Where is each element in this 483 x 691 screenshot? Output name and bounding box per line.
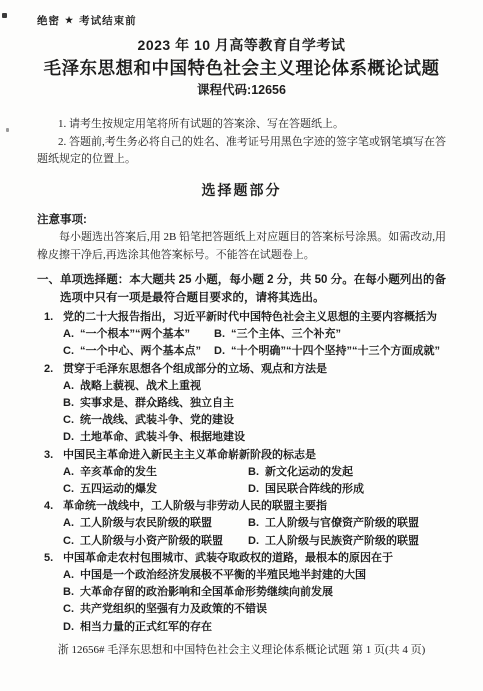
options: A.“一个根本”“两个基本” B.“三个主体、三个补充” C.“一个中心、两个基… [63, 326, 446, 360]
option-text: 五四运动的爆发 [80, 483, 157, 495]
question-number: 4. [44, 498, 53, 515]
options: A.中国是一个政治经济发展极不平衡的半殖民地半封建的大国 B.大革命存留的政治影… [63, 567, 446, 636]
course-code: 课程代码:12656 [37, 81, 446, 99]
option-text: 实事求是、群众路线、独立自主 [80, 397, 234, 409]
option-b: B.大革命存留的政治影响和全国革命形势继续向前发展 [63, 584, 446, 601]
exam-timing-label: 考试结束前 [79, 13, 137, 28]
exam-session-title: 2023 年 10 月高等教育自学考试 [37, 35, 446, 55]
notes-label: 注意事项: [37, 212, 446, 230]
classification-label: 绝密 [37, 13, 60, 28]
question-3: 3. 中国民主革命进入新民主主义革命崭新阶段的标志是 A.辛亥革命的发生 B.新… [37, 447, 446, 499]
security-classification-line: 绝密 ★ 考试结束前 [37, 13, 446, 28]
option-label: B. [248, 517, 259, 529]
scan-speck [6, 128, 9, 132]
option-c: C.统一战线、武装斗争、党的建设 [63, 412, 446, 429]
question-1: 1. 党的二十大报告指出，习近平新时代中国特色社会主义思想的主要内容概括为 A.… [37, 309, 446, 361]
instruction-item-1: 1. 请考生按规定用笔将所有试题的答案涂、写在答题纸上。 [37, 116, 446, 134]
option-label: B. [248, 466, 259, 478]
option-b: B.新文化运动的发起 [248, 464, 446, 481]
answer-notes: 注意事项: 每小题选出答案后,用 2B 铅笔把答题纸上对应题目的答案标号涂黑。如… [37, 212, 446, 265]
option-label: C. [63, 535, 74, 547]
option-label: D. [248, 483, 259, 495]
notes-body: 每小题选出答案后,用 2B 铅笔把答题纸上对应题目的答案标号涂黑。如需改动,用橡… [37, 229, 446, 264]
section-title: 选择题部分 [37, 181, 446, 200]
option-d: D.“十个明确”“十四个坚持”“十三个方面成就” [214, 343, 446, 360]
option-label: B. [63, 397, 74, 409]
page-footer: 浙 12656# 毛泽东思想和中国特色社会主义理论体系概论试题 第 1 页(共 … [37, 642, 446, 658]
candidate-instructions: 1. 请考生按规定用笔将所有试题的答案涂、写在答题纸上。 2. 答题前,考生务必… [37, 116, 446, 169]
option-text: 工人阶级与小资产阶级的联盟 [80, 535, 223, 547]
option-a: A.工人阶级与农民阶级的联盟 [63, 515, 248, 532]
option-text: 工人阶级与官僚资产阶级的联盟 [265, 517, 419, 529]
option-label: A. [63, 328, 74, 340]
option-label: C. [63, 414, 74, 426]
option-text: 共产党组织的坚强有力及政策的不错误 [80, 603, 267, 615]
option-label: A. [63, 517, 74, 529]
instruction-item-2: 2. 答题前,考生务必将自己的姓名、准考证号用黑色字迹的签字笔或钢笔填写在答题纸… [37, 134, 446, 169]
option-text: 相当力量的正式红军的存在 [80, 621, 212, 633]
options: A.工人阶级与农民阶级的联盟 B.工人阶级与官僚资产阶级的联盟 C.工人阶级与小… [63, 515, 446, 549]
option-text: “一个根本”“两个基本” [80, 328, 190, 340]
option-d: D.相当力量的正式红军的存在 [63, 619, 446, 636]
options: A.战略上藐视、战术上重视 B.实事求是、群众路线、独立自主 C.统一战线、武装… [63, 378, 446, 447]
option-c: C.“一个中心、两个基本点” [63, 343, 214, 360]
option-text: 工人阶级与农民阶级的联盟 [80, 517, 212, 529]
option-text: 新文化运动的发起 [265, 466, 353, 478]
option-c: C.共产党组织的坚强有力及政策的不错误 [63, 601, 446, 618]
option-text: 土地革命、武装斗争、根据地建设 [80, 431, 245, 443]
scan-speck [2, 13, 7, 18]
option-d: D.工人阶级与民族资产阶级的联盟 [248, 533, 446, 550]
question-stem: 党的二十大报告指出，习近平新时代中国特色社会主义思想的主要内容概括为 [63, 309, 446, 326]
question-stem: 贯穿于毛泽东思想各个组成部分的立场、观点和方法是 [63, 361, 446, 378]
option-b: B.“三个主体、三个补充” [214, 326, 446, 343]
option-label: B. [214, 328, 225, 340]
option-label: D. [214, 345, 225, 357]
option-text: 辛亥革命的发生 [80, 466, 157, 478]
star-icon: ★ [65, 15, 74, 26]
option-a: A.辛亥革命的发生 [63, 464, 248, 481]
option-text: 战略上藐视、战术上重视 [80, 380, 201, 392]
option-c: C.五四运动的爆发 [63, 481, 248, 498]
option-label: B. [63, 586, 74, 598]
question-stem: 中国民主革命进入新民主主义革命崭新阶段的标志是 [63, 447, 446, 464]
option-d: D.土地革命、武装斗争、根据地建设 [63, 429, 446, 446]
option-text: 统一战线、武装斗争、党的建设 [80, 414, 234, 426]
options: A.辛亥革命的发生 B.新文化运动的发起 C.五四运动的爆发 D.国民联合阵线的… [63, 464, 446, 498]
option-a: A.中国是一个政治经济发展极不平衡的半殖民地半封建的大国 [63, 567, 446, 584]
option-text: 工人阶级与民族资产阶级的联盟 [265, 535, 419, 547]
option-text: “三个主体、三个补充” [231, 328, 341, 340]
exam-paper-page: 绝密 ★ 考试结束前 2023 年 10 月高等教育自学考试 毛泽东思想和中国特… [0, 0, 483, 691]
option-text: “一个中心、两个基本点” [80, 345, 201, 357]
question-number: 1. [44, 309, 53, 326]
option-text: 大革命存留的政治影响和全国革命形势继续向前发展 [80, 586, 333, 598]
question-list: 1. 党的二十大报告指出，习近平新时代中国特色社会主义思想的主要内容概括为 A.… [37, 309, 446, 636]
question-number: 5. [44, 550, 53, 567]
option-label: A. [63, 380, 74, 392]
option-b: B.工人阶级与官僚资产阶级的联盟 [248, 515, 446, 532]
option-b: B.实事求是、群众路线、独立自主 [63, 395, 446, 412]
question-4: 4. 革命统一战线中，工人阶级与非劳动人民的联盟主要指 A.工人阶级与农民阶级的… [37, 498, 446, 550]
question-number: 2. [44, 361, 53, 378]
option-label: D. [63, 621, 74, 633]
option-label: A. [63, 569, 74, 581]
option-label: D. [63, 431, 74, 443]
option-text: “十个明确”“十四个坚持”“十三个方面成就” [231, 345, 440, 357]
question-number: 3. [44, 447, 53, 464]
option-label: C. [63, 603, 74, 615]
option-label: A. [63, 466, 74, 478]
option-d: D.国民联合阵线的形成 [248, 481, 446, 498]
option-a: A.“一个根本”“两个基本” [63, 326, 214, 343]
option-a: A.战略上藐视、战术上重视 [63, 378, 446, 395]
option-text: 国民联合阵线的形成 [265, 483, 364, 495]
question-stem: 中国革命走农村包围城市、武装夺取政权的道路，最根本的原因在于 [63, 550, 446, 567]
option-c: C.工人阶级与小资产阶级的联盟 [63, 533, 248, 550]
question-stem: 革命统一战线中，工人阶级与非劳动人民的联盟主要指 [63, 498, 446, 515]
option-label: C. [63, 345, 74, 357]
option-label: C. [63, 483, 74, 495]
option-text: 中国是一个政治经济发展极不平衡的半殖民地半封建的大国 [80, 569, 366, 581]
paper-title: 毛泽东思想和中国特色社会主义理论体系概论试题 [37, 55, 446, 81]
option-label: D. [248, 535, 259, 547]
question-5: 5. 中国革命走农村包围城市、武装夺取政权的道路，最根本的原因在于 A.中国是一… [37, 550, 446, 636]
question-2: 2. 贯穿于毛泽东思想各个组成部分的立场、观点和方法是 A.战略上藐视、战术上重… [37, 361, 446, 447]
part-one-heading: 一、单项选择题：本大题共 25 小题，每小题 2 分，共 50 分。在每小题列出… [37, 272, 446, 307]
